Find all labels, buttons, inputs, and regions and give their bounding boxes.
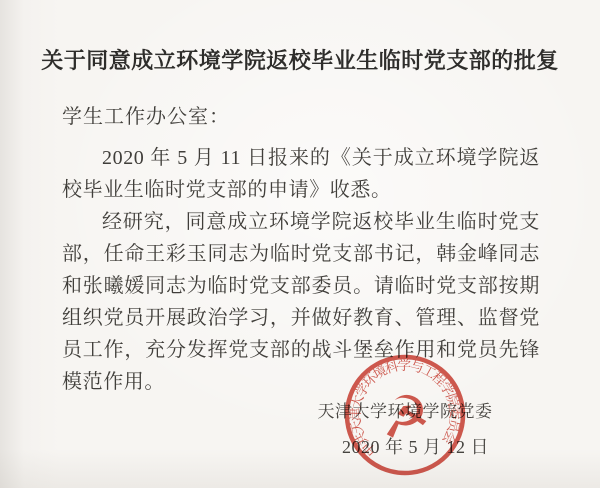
document-title: 关于同意成立环境学院返校毕业生临时党支部的批复 [0,44,600,75]
hammer-sickle-icon: ☭ [376,382,434,453]
salutation: 学生工作办公室： [62,100,230,129]
paragraph-1: 2020 年 5 月 11 日报来的《关于成立环境学院返校毕业生临时党支部的申请… [62,142,540,206]
official-seal: 中共天津大学环境科学与工程学院委员会 ☭ [335,345,475,485]
paragraph-2: 经研究，同意成立环境学院返校毕业生临时党支部，任命王彩玉同志为临时党支部书记，韩… [62,206,540,398]
document-body: 2020 年 5 月 11 日报来的《关于成立环境学院返校毕业生临时党支部的申请… [62,142,540,398]
